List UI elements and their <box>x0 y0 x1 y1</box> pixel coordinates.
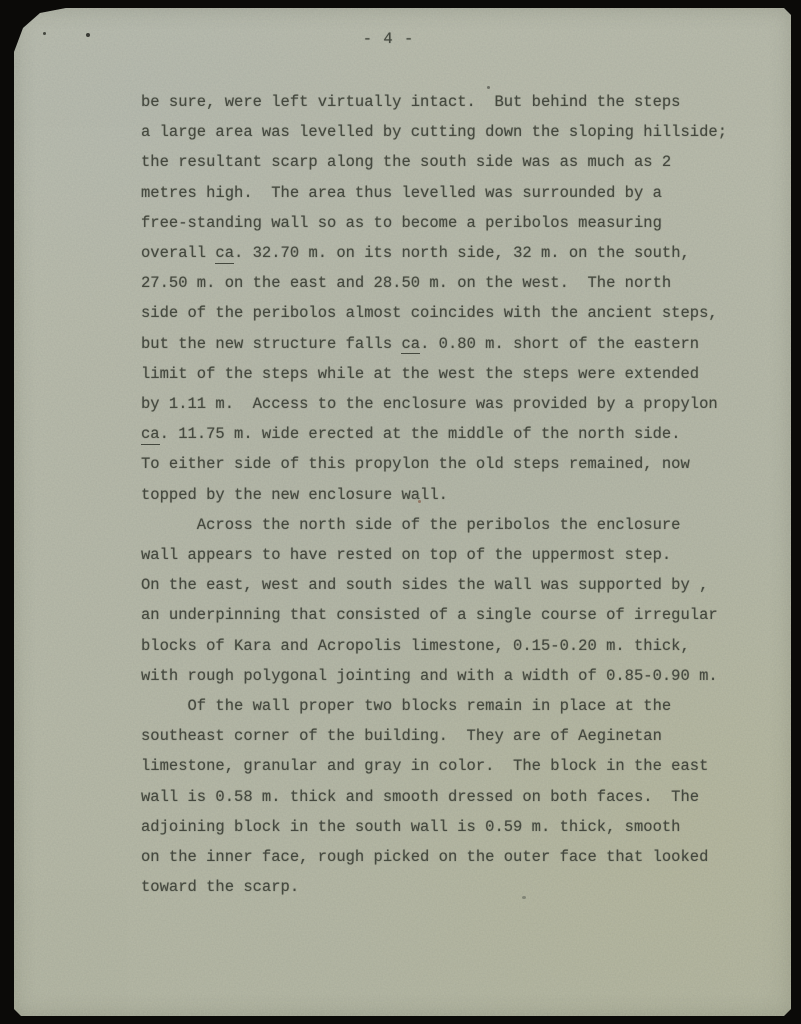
text-line: 27.50 m. on the east and 28.50 m. on the… <box>141 268 753 298</box>
text-line: limestone, granular and gray in color. T… <box>141 751 753 781</box>
text-line: topped by the new enclosure wall. <box>141 480 753 510</box>
ink-speck <box>418 500 421 503</box>
text-line: metres high. The area thus levelled was … <box>141 178 753 208</box>
text-line: with rough polygonal jointing and with a… <box>141 661 753 691</box>
page-number: - 4 - <box>14 30 791 48</box>
text-line: the resultant scarp along the south side… <box>141 147 753 177</box>
text-line: by 1.11 m. Access to the enclosure was p… <box>141 389 753 419</box>
text-line: To either side of this propylon the old … <box>141 449 753 479</box>
text-line: limit of the steps while at the west the… <box>141 359 753 389</box>
text-line: on the inner face, rough picked on the o… <box>141 842 753 872</box>
text-line: free-standing wall so as to become a per… <box>141 208 753 238</box>
text-line: be sure, were left virtually intact. But… <box>141 87 753 117</box>
ink-speck <box>487 86 490 89</box>
text-line: side of the peribolos almost coincides w… <box>141 298 753 328</box>
text-line: adjoining block in the south wall is 0.5… <box>141 812 753 842</box>
ink-speck <box>522 896 526 899</box>
text-line: a large area was levelled by cutting dow… <box>141 117 753 147</box>
text-line: an underpinning that consisted of a sing… <box>141 600 753 630</box>
text-line: Of the wall proper two blocks remain in … <box>141 691 753 721</box>
ink-speck <box>86 33 90 37</box>
document-page: - 4 - be sure, were left virtually intac… <box>14 8 791 1016</box>
scan-background: - 4 - be sure, were left virtually intac… <box>0 0 801 1024</box>
text-line: On the east, west and south sides the wa… <box>141 570 753 600</box>
text-line: wall appears to have rested on top of th… <box>141 540 753 570</box>
ink-speck <box>43 32 46 35</box>
text-line: blocks of Kara and Acropolis limestone, … <box>141 631 753 661</box>
text-line: but the new structure falls ca. 0.80 m. … <box>141 329 753 359</box>
text-line: southeast corner of the building. They a… <box>141 721 753 751</box>
text-line: overall ca. 32.70 m. on its north side, … <box>141 238 753 268</box>
text-line: toward the scarp. <box>141 872 753 902</box>
text-line: wall is 0.58 m. thick and smooth dressed… <box>141 782 753 812</box>
page-body: be sure, were left virtually intact. But… <box>141 87 753 902</box>
text-line: ca. 11.75 m. wide erected at the middle … <box>141 419 753 449</box>
text-line: Across the north side of the peribolos t… <box>141 510 753 540</box>
